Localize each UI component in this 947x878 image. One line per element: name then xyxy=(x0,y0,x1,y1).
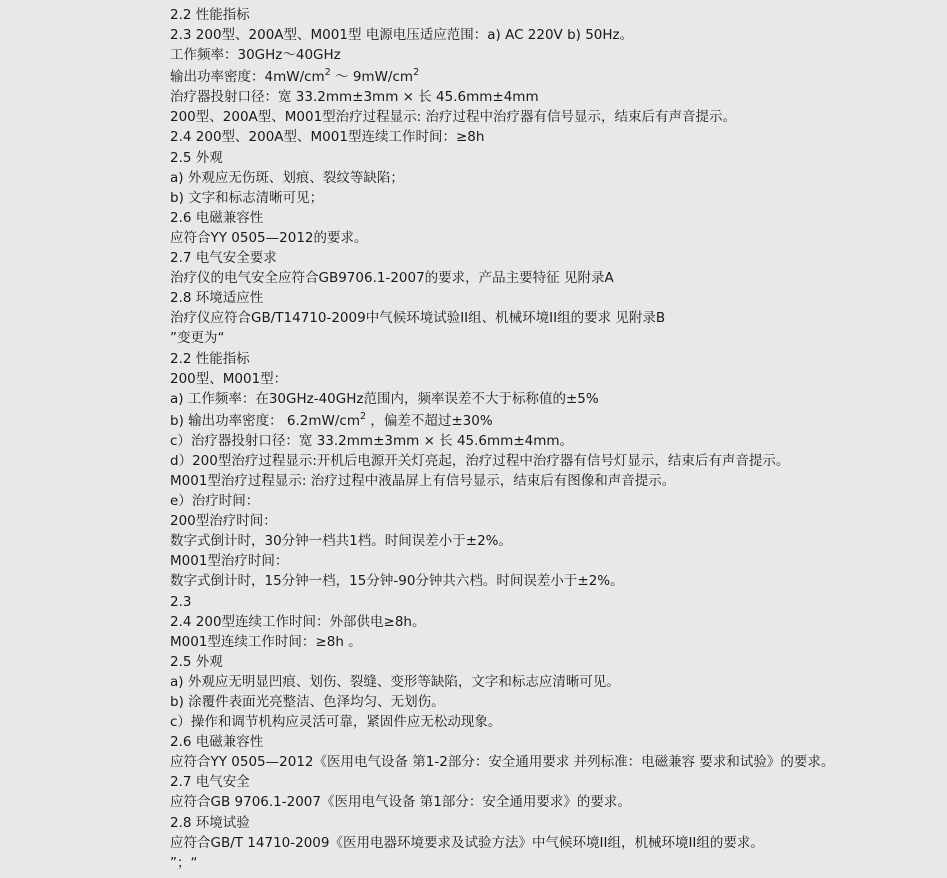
para-appearance-b: b) 涂覆件表面光亮整洁、色泽均匀、无划伤。 xyxy=(170,692,940,712)
para-m001-countdown: 数字式倒计时，15分钟一档，15分钟-90分钟共六档。时间误差小于±2%。 xyxy=(170,571,940,591)
para-electrical-safety: 应符合GB 9706.1-2007《医用电气设备 第1部分：安全通用要求》的要求… xyxy=(170,792,940,812)
heading-2-8-environment: 2.8 环境适应性 xyxy=(170,288,940,308)
para-200-treatment-time: 200型治疗时间： xyxy=(170,511,940,531)
heading-2-6-emc: 2.6 电磁兼容性 xyxy=(170,208,940,228)
para-electrical-safety: 治疗仪的电气安全应符合GB9706.1-2007的要求，产品主要特征 见附录A xyxy=(170,268,940,288)
heading-2-2-performance: 2.2 性能指标 xyxy=(170,349,940,369)
para-aperture: 治疗器投射口径：宽 33.2mm±3mm × 长 45.6mm±4mm xyxy=(170,87,940,107)
para-treatment-display: 200型、200A型、M001型治疗过程显示: 治疗过程中治疗器有信号显示，结束… xyxy=(170,107,940,127)
para-2-4-200-continuous: 2.4 200型连续工作时间：外部供电≥8h。 xyxy=(170,612,940,632)
heading-2-5-appearance: 2.5 外观 xyxy=(170,148,940,168)
para-work-frequency: a) 工作频率：在30GHz-40GHz范围内，频率误差不大于标称值的±5% xyxy=(170,389,940,409)
heading-2-6-emc: 2.6 电磁兼容性 xyxy=(170,732,940,752)
change-marker: ”变更为“ xyxy=(170,328,940,348)
para-treatment-time: e）治疗时间： xyxy=(170,491,940,511)
para-output-power-density: 输出功率密度：4mW/cm2 ～ 9mW/cm2 xyxy=(170,65,940,87)
para-200-countdown: 数字式倒计时，30分钟一档共1档。时间误差小于±2%。 xyxy=(170,531,940,551)
para-aperture: c）治疗器投射口径：宽 33.2mm±3mm × 长 45.6mm±4mm。 xyxy=(170,431,940,451)
para-environment-test: 应符合GB/T 14710-2009《医用电器环境要求及试验方法》中气候环境II… xyxy=(170,833,940,853)
document-body: 2.2 性能指标 2.3 200型、200A型、M001型 电源电压适应范围：a… xyxy=(170,5,940,873)
para-emc: 应符合YY 0505—2012《医用电气设备 第1-2部分：安全通用要求 并列标… xyxy=(170,752,940,772)
heading-2-7-electrical-safety: 2.7 电气安全 xyxy=(170,772,940,792)
changed-section: 2.2 性能指标 200型、M001型： a) 工作频率：在30GHz-40GH… xyxy=(170,349,940,873)
para-appearance-a: a) 外观应无明显凹痕、划伤、裂缝、变形等缺陷，文字和标志应清晰可见。 xyxy=(170,672,940,692)
para-appearance-b: b) 文字和标志清晰可见； xyxy=(170,188,940,208)
heading-2-5-appearance: 2.5 外观 xyxy=(170,652,940,672)
heading-2-3: 2.3 xyxy=(170,592,940,612)
original-section: 2.2 性能指标 2.3 200型、200A型、M001型 电源电压适应范围：a… xyxy=(170,5,940,349)
para-environment: 治疗仪应符合GB/T14710-2009中气候环境试验II组、机械环境II组的要… xyxy=(170,308,940,328)
para-m001-continuous: M001型连续工作时间：≥8h 。 xyxy=(170,632,940,652)
para-output-power-density: b) 输出功率密度： 6.2mW/cm2 ，偏差不超过±30% xyxy=(170,409,940,431)
para-emc: 应符合YY 0505—2012的要求。 xyxy=(170,228,940,248)
para-m001-treatment-time: M001型治疗时间： xyxy=(170,551,940,571)
para-2-4-continuous-work: 2.4 200型、200A型、M001型连续工作时间：≥8h xyxy=(170,127,940,147)
closing-quote-marker: ”；“ xyxy=(170,853,940,873)
para-m001-display: M001型治疗过程显示: 治疗过程中液晶屏上有信号显示，结束后有图像和声音提示。 xyxy=(170,471,940,491)
para-appearance-a: a) 外观应无伤斑、划痕、裂纹等缺陷； xyxy=(170,168,940,188)
para-appearance-c: c）操作和调节机构应灵活可靠，紧固件应无松动现象。 xyxy=(170,712,940,732)
para-models: 200型、M001型： xyxy=(170,369,940,389)
para-200-display: d）200型治疗过程显示:开机后电源开关灯亮起，治疗过程中治疗器有信号灯显示，结… xyxy=(170,451,940,471)
para-2-3-power-voltage: 2.3 200型、200A型、M001型 电源电压适应范围：a) AC 220V… xyxy=(170,25,940,45)
para-work-frequency: 工作频率：30GHz～40GHz xyxy=(170,45,940,65)
heading-2-7-electrical-safety: 2.7 电气安全要求 xyxy=(170,248,940,268)
heading-2-8-environment-test: 2.8 环境试验 xyxy=(170,813,940,833)
heading-2-2-performance: 2.2 性能指标 xyxy=(170,5,940,25)
